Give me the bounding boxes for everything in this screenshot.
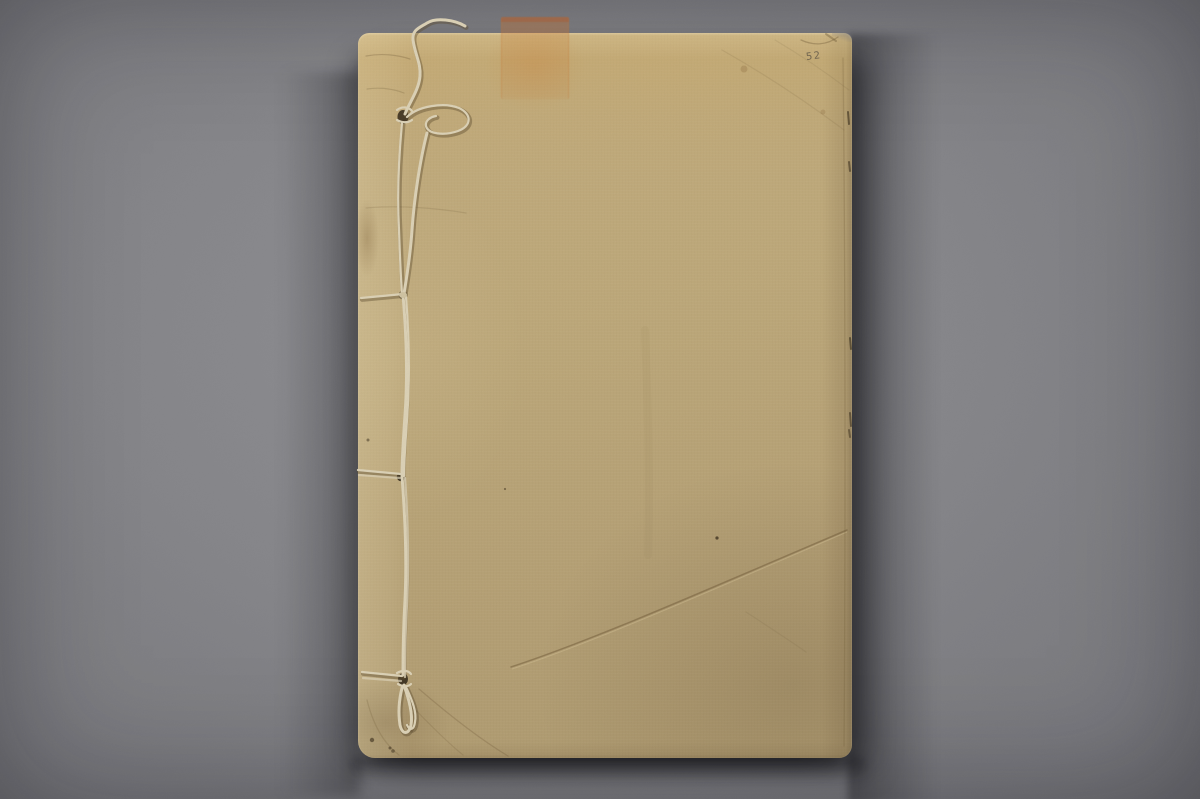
film-grain-overlay [0,0,1200,799]
photo-of-thread-bound-book: 52 [0,0,1200,799]
